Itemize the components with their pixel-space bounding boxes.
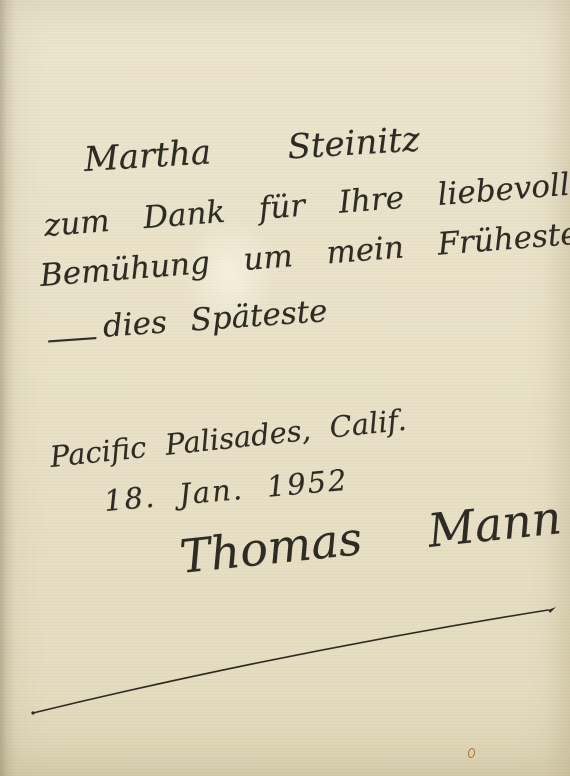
book-page-photo: Martha Steinitz zum Dank für Ihre liebev…	[0, 0, 570, 776]
inscription-date: 18. Jan. 1952	[103, 463, 350, 518]
flourish-end-hook	[548, 607, 556, 613]
pen-flourish-graphic	[0, 0, 570, 776]
inscription-place: Pacific Palisades, Calif.	[48, 403, 408, 474]
inscription-recipient: Martha Steinitz	[83, 120, 421, 180]
foxing-spot	[467, 747, 476, 758]
dedication-line-3: —dies Späteste	[55, 293, 329, 348]
pen-flourish-line	[33, 610, 548, 713]
dedication-dash: —	[45, 318, 100, 358]
flourish-start-dot	[31, 711, 34, 714]
dedication-line-3-text: dies Späteste	[102, 293, 329, 345]
